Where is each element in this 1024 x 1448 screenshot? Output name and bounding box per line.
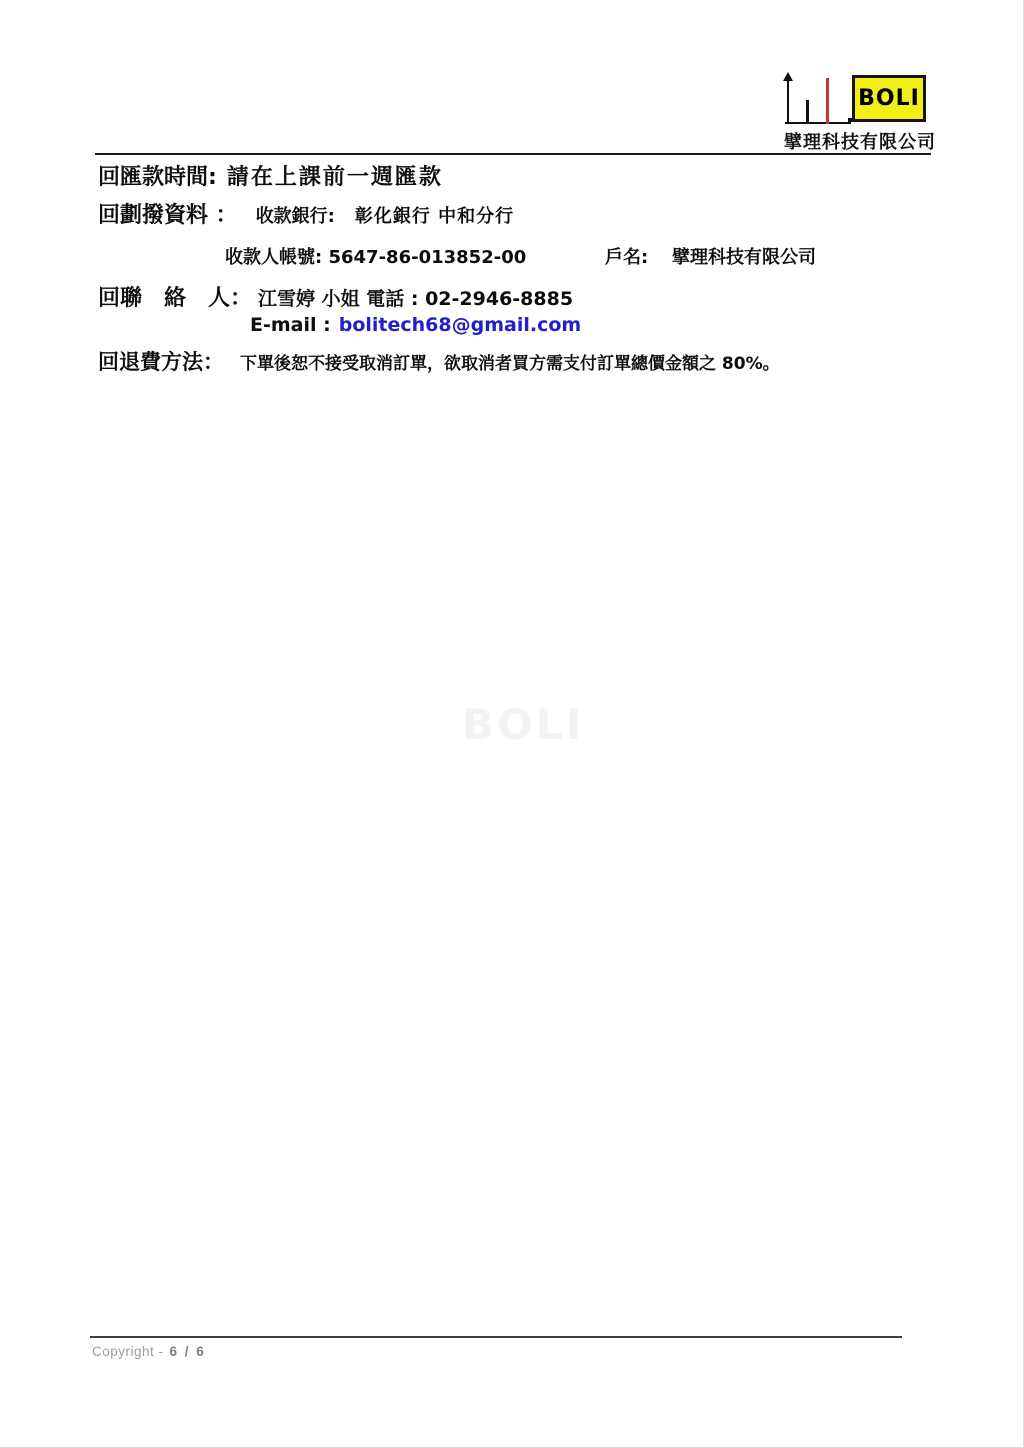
bullet-icon: 回 bbox=[98, 203, 120, 228]
page-number: 6 / 6 bbox=[170, 1344, 206, 1359]
account-row: 收款人帳號: 5647-86-013852-00 戶名: 擘理科技有限公司 bbox=[0, 243, 1024, 267]
chart-black-bar bbox=[806, 100, 809, 124]
logo-brand-text: BOLI bbox=[858, 86, 920, 111]
chart-axis-horizontal bbox=[785, 122, 851, 124]
account-number-value: 5647-86-013852-00 bbox=[328, 247, 526, 268]
bullet-icon: 回 bbox=[98, 165, 120, 190]
logo-chart-icon: BOLI bbox=[780, 70, 936, 126]
chart-axis-vertical bbox=[787, 80, 789, 124]
email-link[interactable]: bolitech68@gmail.com bbox=[339, 314, 581, 336]
account-holder-label: 戶名: bbox=[605, 243, 648, 269]
chart-red-bar bbox=[826, 78, 829, 124]
footer-divider bbox=[90, 1336, 902, 1338]
watermark: BOLI bbox=[462, 700, 584, 749]
transfer-info-row: 回劃撥資料 ：收款銀行:彰化銀行 中和分行 bbox=[98, 198, 514, 229]
remittance-time-row: 回匯款時間:請在上課前一週匯款 bbox=[98, 160, 443, 191]
account-number-label: 收款人帳號: bbox=[225, 247, 322, 268]
contact-row: 回聯 絡 人：江雪婷 小姐 電話 : 02-2946-8885 bbox=[98, 281, 573, 312]
refund-policy-label: 退費方法： bbox=[119, 350, 224, 374]
email-row: E-mail :bolitech68@gmail.com bbox=[250, 314, 581, 336]
company-name: 擘理科技有限公司 bbox=[784, 128, 936, 154]
account-number: 收款人帳號: 5647-86-013852-00 bbox=[225, 243, 526, 269]
refund-policy-value: 下單後恕不接受取消訂單，欲取消者買方需支付訂單總價金額之 80%。 bbox=[240, 354, 780, 374]
document-page: BOLI 擘理科技有限公司 回匯款時間:請在上課前一週匯款 回劃撥資料 ：收款銀… bbox=[0, 0, 1024, 1448]
transfer-info-label: 劃撥資料 ： bbox=[120, 203, 238, 228]
bullet-icon: 回 bbox=[98, 286, 120, 311]
remittance-time-label: 匯款時間: bbox=[120, 165, 217, 190]
refund-policy-row: 回退費方法：下單後恕不接受取消訂單，欲取消者買方需支付訂單總價金額之 80%。 bbox=[98, 346, 780, 376]
copyright-label: Copyright - bbox=[92, 1344, 164, 1359]
company-logo: BOLI 擘理科技有限公司 bbox=[780, 70, 936, 156]
bank-label: 收款銀行: bbox=[256, 206, 335, 227]
bullet-icon: 回 bbox=[98, 350, 119, 374]
contact-value: 江雪婷 小姐 電話 : 02-2946-8885 bbox=[258, 288, 573, 310]
remittance-time-value: 請在上課前一週匯款 bbox=[227, 165, 443, 190]
logo-brand-box: BOLI bbox=[852, 75, 926, 122]
contact-label: 聯 絡 人： bbox=[120, 286, 252, 311]
email-label: E-mail : bbox=[250, 314, 331, 336]
bank-value: 彰化銀行 中和分行 bbox=[355, 206, 514, 227]
footer-copyright: Copyright -6 / 6 bbox=[92, 1344, 206, 1359]
header-divider bbox=[95, 153, 931, 155]
account-holder-value: 擘理科技有限公司 bbox=[672, 243, 816, 269]
